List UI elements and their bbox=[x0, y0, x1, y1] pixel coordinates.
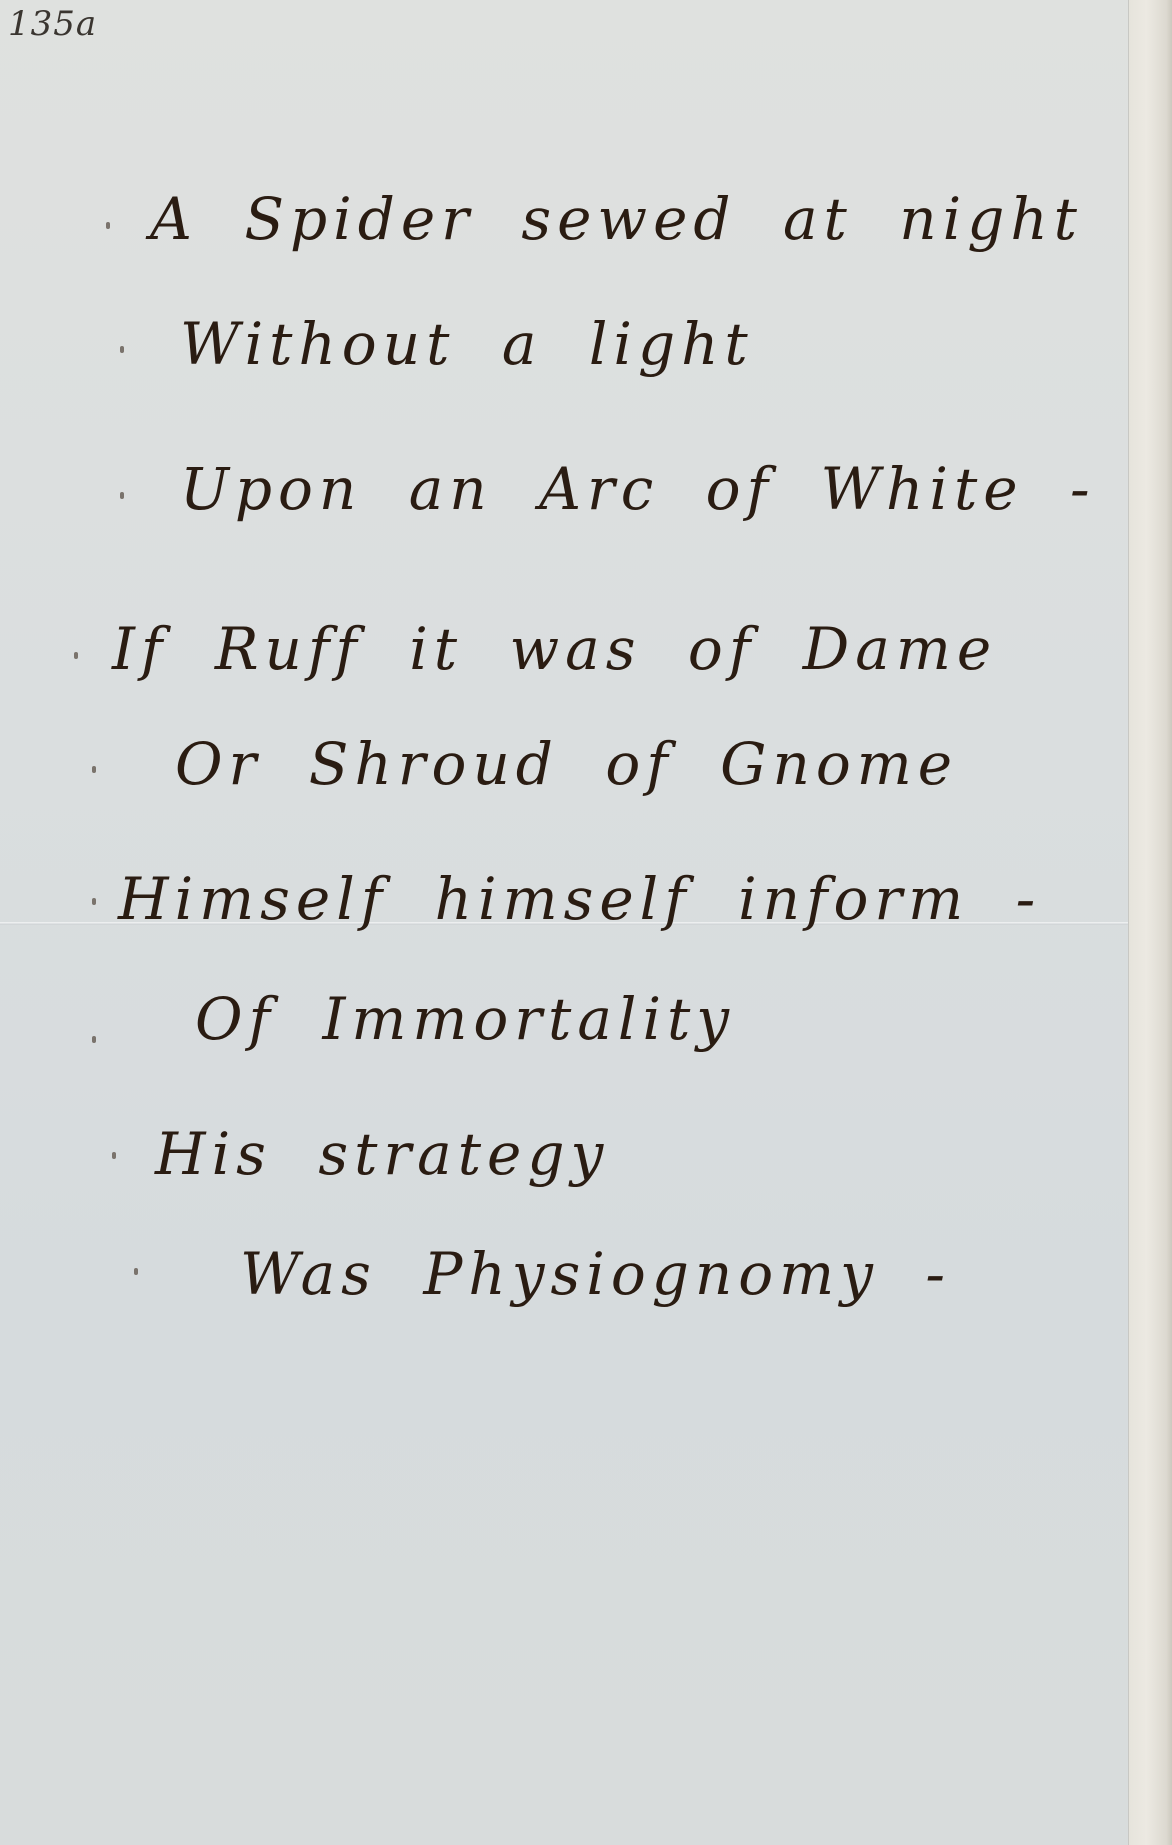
page-edge bbox=[1128, 0, 1172, 1845]
margin-tick-mark bbox=[74, 652, 78, 659]
folio-number: 135a bbox=[8, 4, 97, 44]
poem-line-5: Or Shroud of Gnome bbox=[175, 730, 958, 798]
margin-tick-mark bbox=[120, 346, 124, 353]
poem-line-9: Was Physiognomy - bbox=[240, 1240, 951, 1308]
margin-tick-mark bbox=[92, 898, 96, 905]
poem-line-8: His strategy bbox=[155, 1120, 609, 1188]
margin-tick-mark bbox=[92, 766, 96, 773]
poem-line-1: A Spider sewed at night bbox=[150, 185, 1130, 253]
poem-line-4: If Ruff it was of Dame bbox=[112, 615, 997, 683]
margin-tick-mark bbox=[92, 1036, 96, 1043]
poem-line-2: Without a light bbox=[180, 310, 754, 378]
poem-line-7: Of Immortality bbox=[195, 985, 735, 1053]
poem-line-6: Himself himself inform - bbox=[118, 865, 1041, 933]
margin-tick-mark bbox=[120, 492, 124, 499]
margin-tick-mark bbox=[112, 1152, 116, 1159]
margin-tick-mark bbox=[106, 222, 110, 229]
manuscript-page: 135a A Spider sewed at night Without a l… bbox=[0, 0, 1172, 1845]
margin-tick-mark bbox=[134, 1268, 138, 1275]
poem-line-3: Upon an Arc of White - bbox=[180, 455, 1096, 523]
